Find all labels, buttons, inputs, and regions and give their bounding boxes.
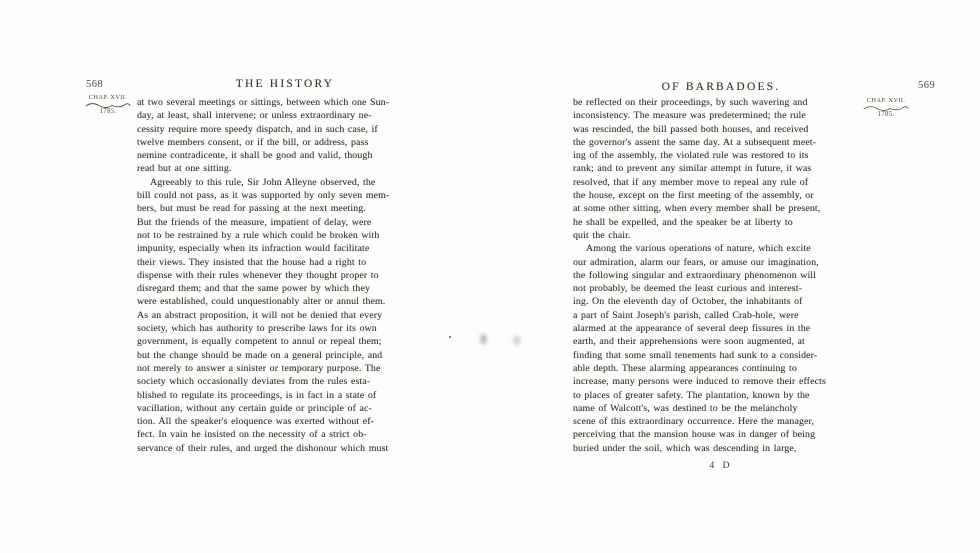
right-text-block: be reflected on their proceedings, by su… <box>573 96 869 455</box>
flourish-icon <box>81 101 135 108</box>
left-margin-note: CHAP. XVII. 1785. <box>81 94 135 115</box>
left-chapter-label: CHAP. XVII. <box>81 94 135 101</box>
left-running-title: THE HISTORY <box>137 78 433 90</box>
right-page-number: 569 <box>918 80 935 91</box>
left-paragraph-2: Agreeably to this rule, Sir John Alleyne… <box>137 176 433 455</box>
right-running-title: OF BARBADOES. <box>573 81 869 93</box>
signature-mark: 4 D <box>573 461 869 471</box>
left-year-label: 1785. <box>81 108 135 115</box>
right-paragraph-1: be reflected on their proceedings, by su… <box>573 96 869 242</box>
book-scan: 568 THE HISTORY CHAP. XVII. 1785. at two… <box>0 0 980 553</box>
left-paragraph-1: at two several meetings or sittings, bet… <box>137 96 433 176</box>
left-text-block: at two several meetings or sittings, bet… <box>137 96 433 455</box>
left-page-number: 568 <box>86 79 103 90</box>
ink-speck <box>449 336 451 338</box>
ink-smudge <box>478 331 489 347</box>
ink-smudge <box>511 333 523 348</box>
right-paragraph-2: Among the various operations of nature, … <box>573 242 869 455</box>
